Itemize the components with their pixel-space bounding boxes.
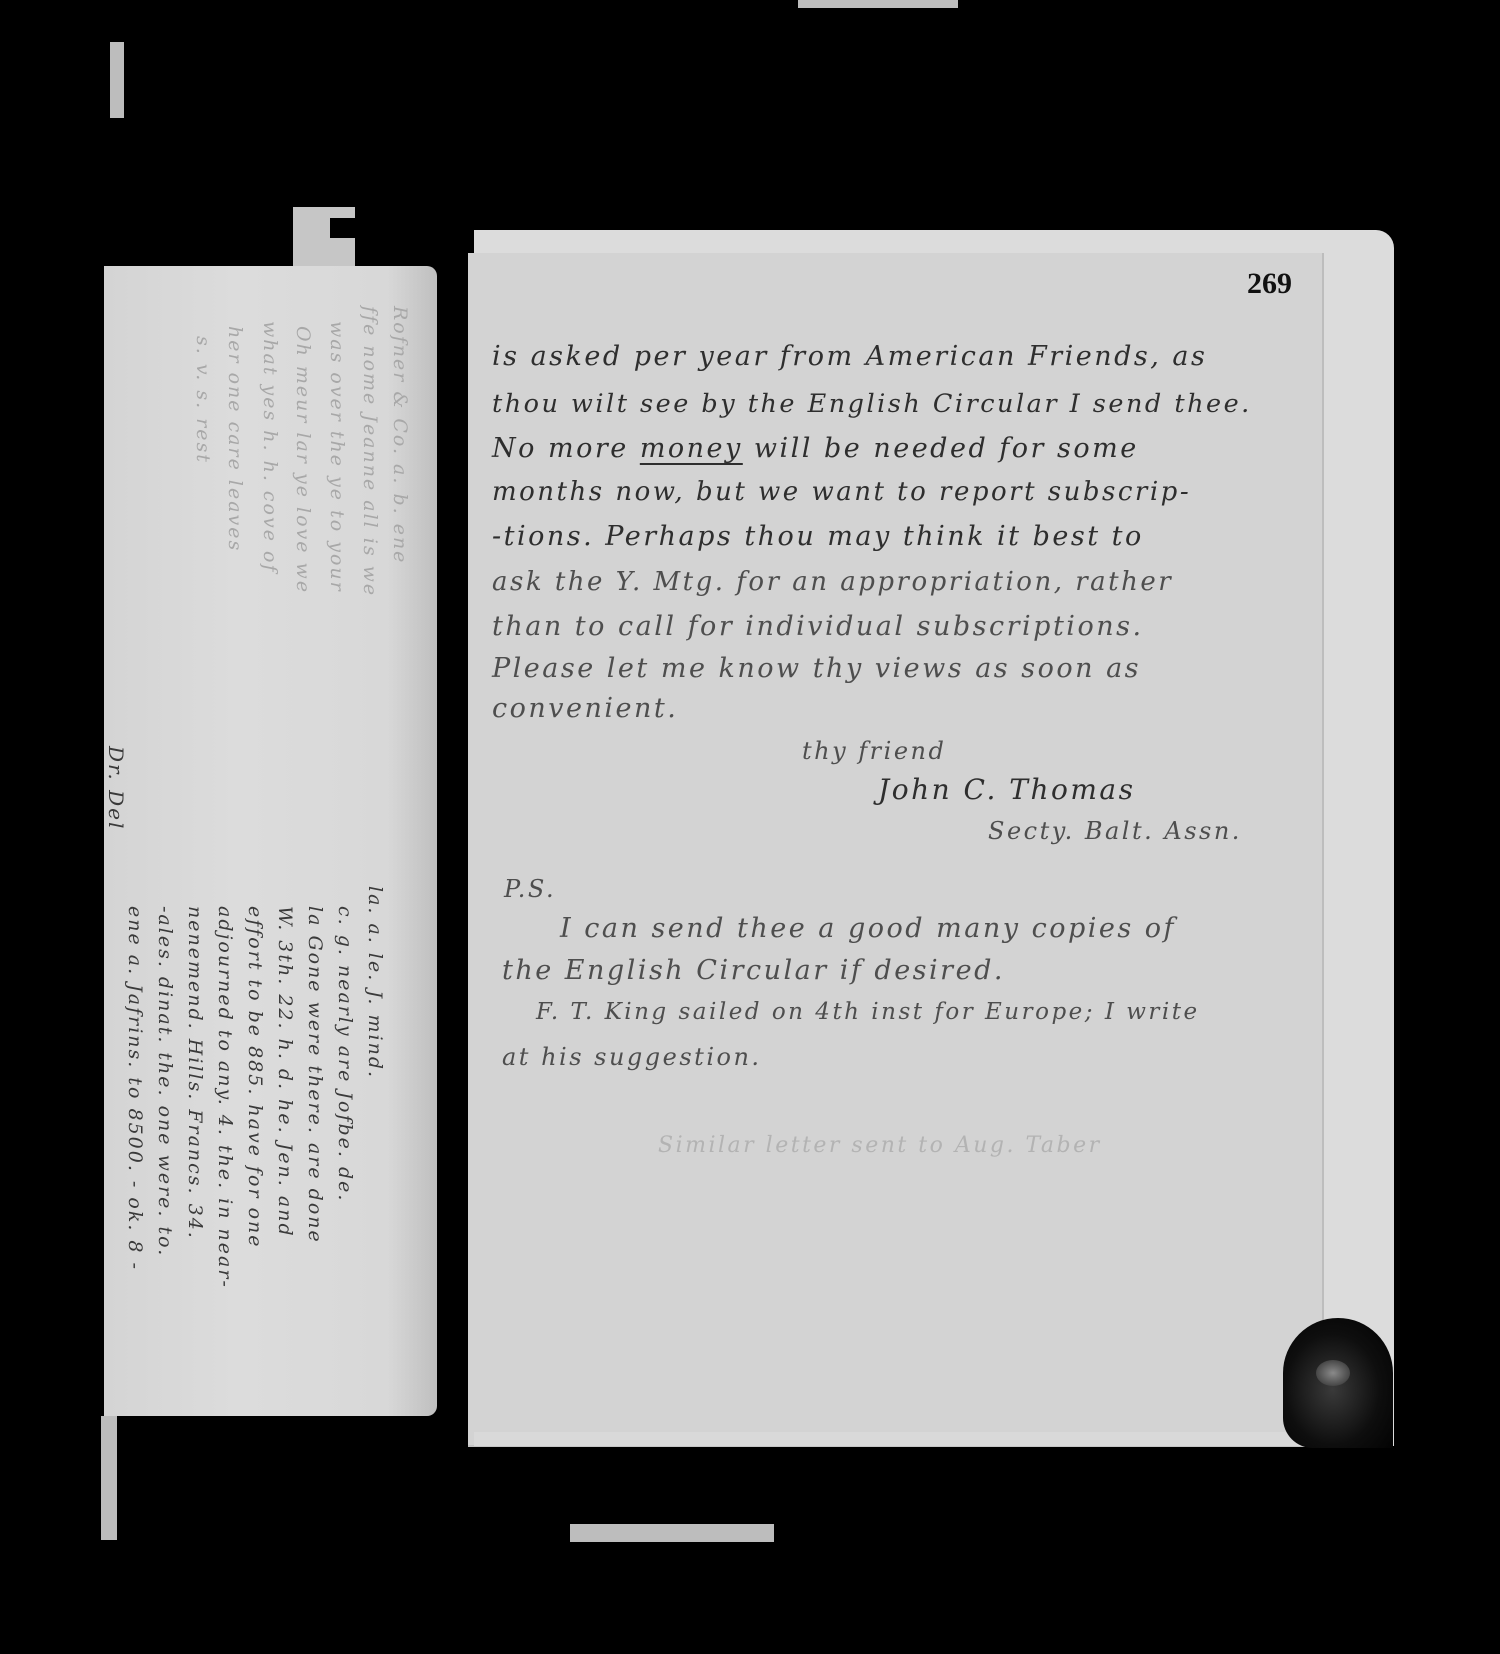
letter-page: 269 is asked per year from American Frie… xyxy=(468,253,1324,1447)
left-page-tab-notch xyxy=(330,218,355,238)
signer-title: Secty. Balt. Assn. xyxy=(988,817,1242,845)
postscript-line-3: F. T. King sailed on 4th inst for Europe… xyxy=(536,999,1200,1025)
filing-annotation: Similar letter sent to Aug. Taber xyxy=(658,1133,1102,1158)
letter-line-3-start: No more xyxy=(492,433,629,464)
left-page: Rofner & Co. a. b. ene ffe nome Jeanne a… xyxy=(104,266,437,1416)
left-page-edge xyxy=(101,1416,117,1540)
letter-line-6: ask the Y. Mtg. for an appropriation, ra… xyxy=(492,567,1173,597)
left-page-rotated-text: Rofner & Co. a. b. ene ffe nome Jeanne a… xyxy=(104,266,437,1416)
postscript-label: P.S. xyxy=(504,875,556,903)
letter-line-9: convenient. xyxy=(492,693,678,724)
letter-line-8: Please let me know thy views as soon as xyxy=(492,653,1141,684)
thumbnail-highlight xyxy=(1316,1360,1350,1386)
postscript-line-1: I can send thee a good many copies of xyxy=(560,913,1176,944)
letter-line-3-end: will be needed for some xyxy=(754,433,1139,464)
film-strip-left xyxy=(110,42,124,118)
letter-line-3: No more money will be needed for some xyxy=(492,433,1139,464)
film-strip-bottom xyxy=(570,1524,774,1542)
letter-line-2: thou wilt see by the English Circular I … xyxy=(492,389,1252,419)
postscript-line-4: at his suggestion. xyxy=(502,1043,762,1071)
signature: John C. Thomas xyxy=(878,773,1135,806)
letter-line-5: -tions. Perhaps thou may think it best t… xyxy=(492,521,1144,552)
page-number: 269 xyxy=(1247,267,1292,301)
film-strip-top xyxy=(798,0,958,8)
emphasized-word: money xyxy=(640,433,743,464)
left-page-tab xyxy=(293,207,355,269)
valediction: thy friend xyxy=(802,737,946,765)
backing-sheet-edge xyxy=(474,1432,1354,1446)
letter-line-4: months now, but we want to report subscr… xyxy=(492,477,1191,507)
letter-line-7: than to call for individual subscription… xyxy=(492,611,1144,642)
postscript-line-2: the English Circular if desired. xyxy=(502,955,1005,986)
letter-line-1: is asked per year from American Friends,… xyxy=(492,341,1207,372)
